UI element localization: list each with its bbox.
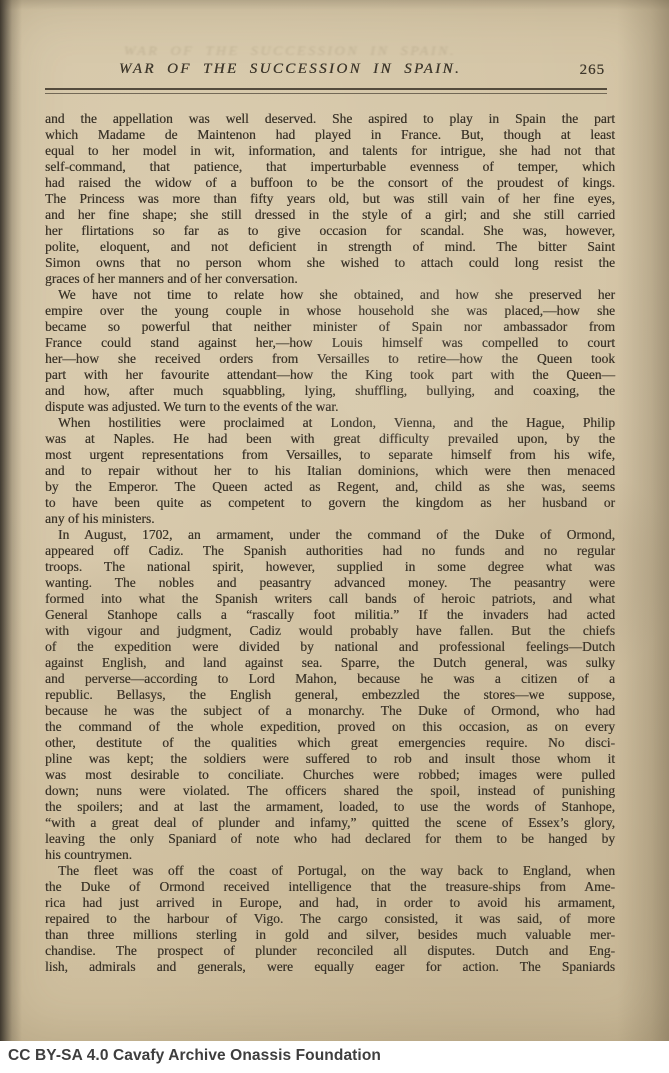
text-line: pline was kept; the soldiers were suffer…	[45, 751, 615, 767]
text-line: empire over the young couple in whose ho…	[45, 303, 615, 319]
text-line: formed into what the Spanish writers cal…	[45, 591, 615, 607]
scanned-book-page-screenshot: WAR OF THE SUCCESSION IN SPAIN. WAR OF T…	[0, 0, 669, 1073]
header-double-rule	[45, 88, 607, 94]
paragraph: When hostilities were proclaimed at Lond…	[45, 415, 615, 527]
text-line: by the Emperor. The Queen acted as Regen…	[45, 479, 615, 495]
text-line: repaired to the harbour of Vigo. The car…	[45, 911, 615, 927]
text-line: part with her favourite attendant—how th…	[45, 367, 615, 383]
text-line: any of his ministers.	[45, 511, 615, 527]
text-line: leaving the only Spaniard of note who ha…	[45, 831, 615, 847]
text-line: with vigour and judgment, Cadiz would pr…	[45, 623, 615, 639]
text-line: polite, eloquent, and not deficient in s…	[45, 239, 615, 255]
text-line: and how, after much squabbling, lying, s…	[45, 383, 615, 399]
scan-paper: WAR OF THE SUCCESSION IN SPAIN. WAR OF T…	[0, 0, 669, 1041]
text-line: against English, and land against sea. S…	[45, 655, 615, 671]
text-line: other, destitute of the qualities which …	[45, 735, 615, 751]
text-line: troops. The national spirit, however, su…	[45, 559, 615, 575]
text-line: chandise. The prospect of plunder reconc…	[45, 943, 615, 959]
text-line: The Princess was more than fifty years o…	[45, 191, 615, 207]
text-line: Simon owns that no person whom she wishe…	[45, 255, 615, 271]
text-line: and the appellation was well deserved. S…	[45, 111, 615, 127]
text-line: the spoilers; and at last the armament, …	[45, 799, 615, 815]
license-text: CC BY-SA 4.0 Cavafy Archive Onassis Foun…	[8, 1041, 381, 1071]
paragraph: The fleet was off the coast of Portugal,…	[45, 863, 615, 975]
running-header: WAR OF THE SUCCESSION IN SPAIN. 265	[45, 61, 607, 83]
page-number: 265	[580, 62, 606, 79]
text-line: rica had just arrived in Europe, and had…	[45, 895, 615, 911]
text-line: down; nuns were violated. The officers s…	[45, 783, 615, 799]
text-line: General Stanhope calls a “rascally foot …	[45, 607, 615, 623]
page-edge-shadow-right	[617, 0, 669, 1041]
text-line: When hostilities were proclaimed at Lond…	[45, 415, 615, 431]
gutter-shadow-left	[0, 0, 22, 1041]
text-line: of the expedition were divided by nation…	[45, 639, 615, 655]
text-line: the Duke of Ormond received intelligence…	[45, 879, 615, 895]
paragraph: and the appellation was well deserved. S…	[45, 111, 615, 287]
text-line: which Madame de Maintenon had played in …	[45, 127, 615, 143]
text-line: her flirtations so far as to give occasi…	[45, 223, 615, 239]
text-line: most urgent representations from Versail…	[45, 447, 615, 463]
text-line: We have not time to relate how she obtai…	[45, 287, 615, 303]
text-line: appeared off Cadiz. The Spanish authorit…	[45, 543, 615, 559]
text-line: The fleet was off the coast of Portugal,…	[45, 863, 615, 879]
text-line: republic. Bellasys, the English general,…	[45, 687, 615, 703]
text-line: became so powerful that neither minister…	[45, 319, 615, 335]
text-line: the command of the whole expedition, pro…	[45, 719, 615, 735]
text-line: had raised the widow of a buffoon to be …	[45, 175, 615, 191]
text-line: her—how she received orders from Versail…	[45, 351, 615, 367]
body-text: and the appellation was well deserved. S…	[45, 111, 615, 975]
text-line: and her fine shape; she still dressed in…	[45, 207, 615, 223]
text-line: to have been quite as competent to gover…	[45, 495, 615, 511]
text-line: his countrymen.	[45, 847, 615, 863]
text-line: was most desirable to conciliate. Church…	[45, 767, 615, 783]
text-line: equal to her model in wit, information, …	[45, 143, 615, 159]
text-line: and to repair without her to his Italian…	[45, 463, 615, 479]
text-line: “with a great deal of plunder and infamy…	[45, 815, 615, 831]
text-line: than three millions sterling in gold and…	[45, 927, 615, 943]
text-line: In August, 1702, an armament, under the …	[45, 527, 615, 543]
text-line: France could stand against her,—how Loui…	[45, 335, 615, 351]
text-line: lish, admirals and generals, were equall…	[45, 959, 615, 975]
show-through-ghost-title: WAR OF THE SUCCESSION IN SPAIN.	[45, 45, 535, 60]
text-line: was at Naples. He had been with great di…	[45, 431, 615, 447]
text-line: and perverse—according to Lord Mahon, be…	[45, 671, 615, 687]
page-title: WAR OF THE SUCCESSION IN SPAIN.	[45, 61, 535, 78]
paragraph: In August, 1702, an armament, under the …	[45, 527, 615, 863]
text-line: because he was the subject of a monarchy…	[45, 703, 615, 719]
paragraph: We have not time to relate how she obtai…	[45, 287, 615, 415]
text-line: graces of her manners and of her convers…	[45, 271, 615, 287]
text-line: self-command, that patience, that impert…	[45, 159, 615, 175]
page-edge-shadow-top	[0, 0, 669, 10]
text-line: wanting. The nobles and peasantry advanc…	[45, 575, 615, 591]
license-footer: CC BY-SA 4.0 Cavafy Archive Onassis Foun…	[0, 1041, 669, 1073]
text-line: dispute was adjusted. We turn to the eve…	[45, 399, 615, 415]
